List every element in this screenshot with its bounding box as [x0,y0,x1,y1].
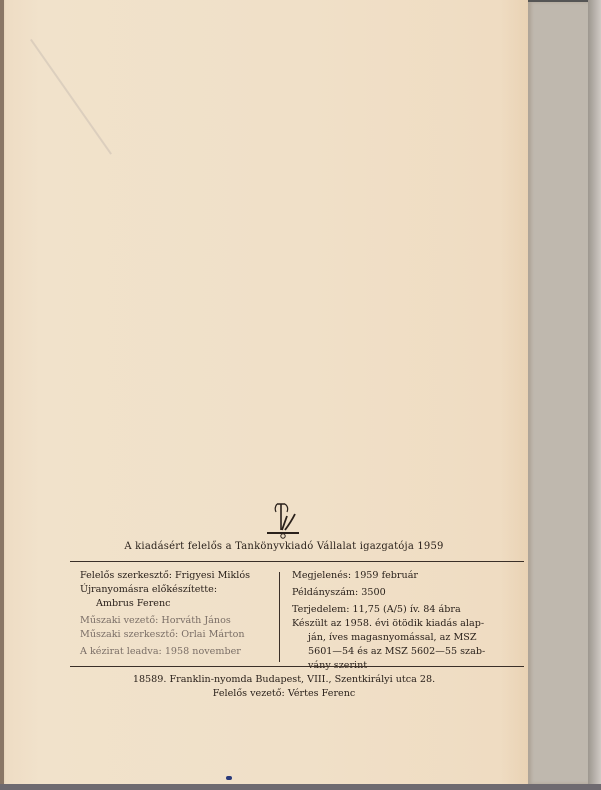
book-page: A kiadásért felelős a Tankönyvkiadó Váll… [0,0,528,784]
printer-info: 18589. Franklin-nyomda Budapest, VIII., … [0,673,528,701]
extent: Terjedelem: 11,75 (A/5) ív. 84 ábra [292,603,516,617]
divider-bottom [70,666,524,667]
ink-mark [226,776,232,780]
imprint-left-column: Felelős szerkesztő: Frigyesi Miklós Újra… [80,569,270,659]
publication-date: Megjelenés: 1959 február [292,569,516,583]
reprint-preparer-name: Ambrus Ferenc [80,597,270,611]
printer-manager: Felelős vezető: Vértes Ferenc [40,687,528,701]
book-cover-board [528,2,588,784]
manuscript-submitted: A kézirat leadva: 1958 november [80,645,270,659]
responsible-editor: Felelős szerkesztő: Frigyesi Miklós [80,569,270,583]
scan-bottom-edge [0,784,601,790]
reprint-prepared-by: Újranyomásra előkészítette: [80,583,270,597]
imprint-right-column: Megjelenés: 1959 február Példányszám: 35… [292,569,516,673]
paper-crease [30,39,112,155]
edition-note-1: Készült az 1958. évi ötödik kiadás alap- [292,617,516,631]
column-divider [279,572,280,662]
publisher-responsible-line: A kiadásért felelős a Tankönyvkiadó Váll… [0,541,528,552]
scan-shadow [588,0,601,790]
technical-director: Műszaki vezető: Horváth János [80,614,270,628]
page-edge [0,0,4,784]
copy-count: Példányszám: 3500 [292,586,516,600]
technical-editor: Műszaki szerkesztő: Orlai Márton [80,628,270,642]
divider-top [70,561,524,562]
edition-note-3: 5601—54 és az MSZ 5602—55 szab- [292,645,516,659]
printer-address: 18589. Franklin-nyomda Budapest, VIII., … [40,673,528,687]
edition-note-2: ján, íves magasnyomással, az MSZ [292,631,516,645]
book-and-quill-logo [265,500,301,540]
